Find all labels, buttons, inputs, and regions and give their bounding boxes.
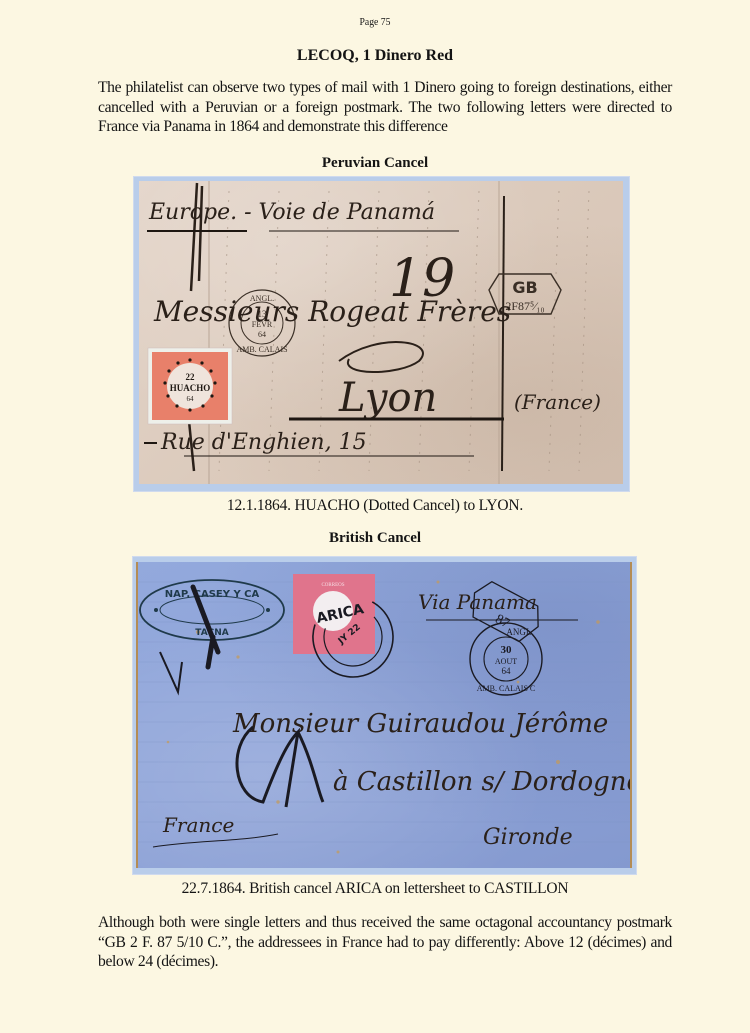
svg-text:30: 30 [501, 644, 513, 656]
exhibit-mat-peruvian-cancel: Europe. - Voie de Panamá 19 GB 2F87⁵⁄₁₀ … [134, 177, 629, 491]
section-heading-british-cancel: British Cancel [0, 530, 750, 547]
route-note: Via Panama [418, 590, 537, 614]
intro-paragraph: The philatelist can observe two types of… [98, 78, 672, 137]
svg-text:HUACHO: HUACHO [170, 383, 211, 393]
svg-text:ANGL.: ANGL. [506, 627, 533, 637]
region: Gironde [483, 825, 573, 850]
svg-text:64: 64 [258, 330, 266, 339]
svg-text:AMB. CALAIS: AMB. CALAIS [236, 345, 287, 354]
stamp-1-dinero-rose: CORREOS ARICA JY 22 [293, 574, 375, 654]
svg-text:AMB. CALAIS C: AMB. CALAIS C [477, 684, 535, 693]
section-heading-peruvian-cancel: Peruvian Cancel [0, 155, 750, 172]
cover-image-peruvian-cancel: Europe. - Voie de Panamá 19 GB 2F87⁵⁄₁₀ … [139, 181, 623, 484]
cover-illustration: Europe. - Voie de Panamá 19 GB 2F87⁵⁄₁₀ … [139, 181, 623, 484]
calais-datestamp: ANGL. 30 AOUT 64 AMB. CALAIS C [470, 623, 542, 695]
svg-text:NAP. CASEY Y CA: NAP. CASEY Y CA [165, 589, 260, 600]
page-number: Page 75 [45, 16, 705, 28]
cover-illustration: NAP. CASEY Y CA TACNA CORREOS ARICA JY 2… [138, 562, 632, 868]
caption-peruvian-cancel: 12.1.1864. HUACHO (Dotted Cancel) to LYO… [0, 497, 750, 515]
street: Rue d'Enghien, 15 [160, 430, 367, 455]
svg-text:22: 22 [186, 372, 196, 382]
svg-text:CORREOS: CORREOS [321, 583, 344, 588]
conclusion-paragraph: Although both were single letters and th… [98, 913, 672, 972]
addressee: Monsieur Guiraudou Jérôme [232, 709, 608, 739]
exhibit-mat-british-cancel: NAP. CASEY Y CA TACNA CORREOS ARICA JY 2… [133, 557, 636, 874]
caption-british-cancel: 22.7.1864. British cancel ARICA on lette… [0, 880, 750, 898]
svg-text:64: 64 [187, 395, 195, 403]
addressee: Messieurs Rogeat Frères [153, 295, 511, 328]
cover-image-british-cancel: NAP. CASEY Y CA TACNA CORREOS ARICA JY 2… [136, 562, 632, 868]
country: (France) [514, 390, 601, 414]
city: Lyon [338, 375, 437, 421]
svg-text:2F87⁵⁄₁₀: 2F87⁵⁄₁₀ [505, 299, 544, 313]
country: France [162, 813, 234, 837]
route-note: Europe. - Voie de Panamá [148, 200, 435, 225]
svg-text:GB: GB [512, 278, 537, 297]
stamp-1-dinero-red: 22 HUACHO 64 [148, 348, 232, 424]
svg-text:64: 64 [502, 666, 512, 676]
svg-text:AOUT: AOUT [495, 657, 517, 666]
city: à Castillon s/ Dordogne [333, 767, 632, 797]
page-title: LECOQ, 1 Dinero Red [0, 47, 750, 65]
